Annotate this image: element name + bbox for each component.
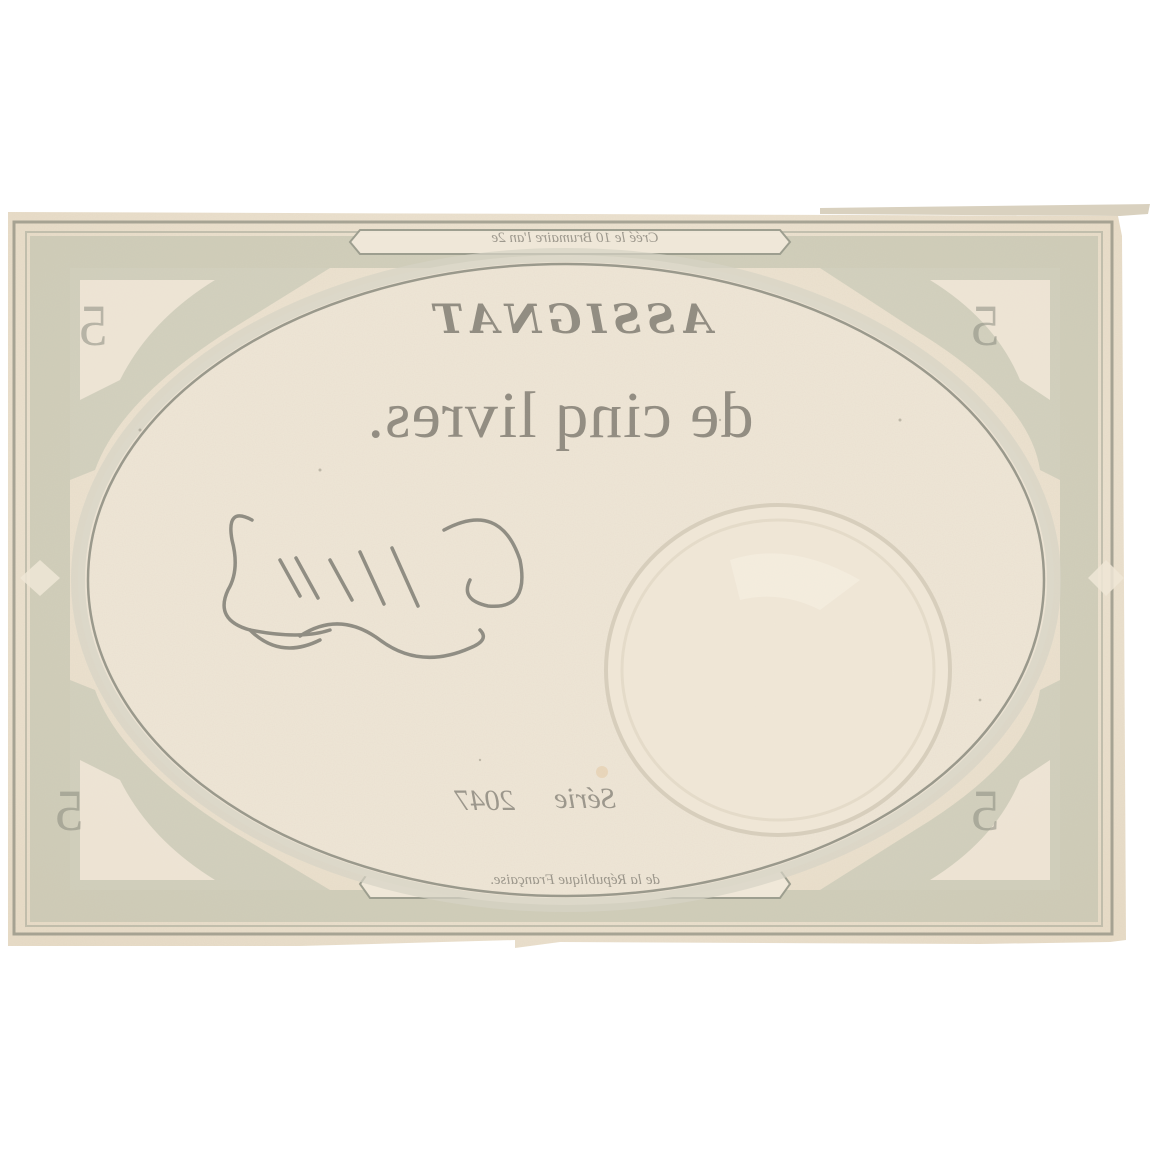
svg-text:5: 5 [55,778,84,843]
title-text: ASSIGNAT [370,296,770,343]
embossed-seal [606,505,950,835]
banknote-photo: 5 5 5 5 Créé le 10 Brumaire l'an 2e ASSI… [0,0,1152,1152]
serial-number: 2047 [440,784,530,818]
bottom-banner-text: de la République Française. [400,872,750,889]
serial-label: Série [540,782,630,816]
banknote-artwork: 5 5 5 5 [0,0,1152,1152]
top-banner-text: Créé le 10 Brumaire l'an 2e [410,230,740,247]
svg-text:5: 5 [79,293,108,358]
value-text: de cinq livres. [240,378,880,454]
svg-text:5: 5 [971,778,1000,843]
torn-strip [820,204,1150,216]
svg-text:5: 5 [971,293,1000,358]
